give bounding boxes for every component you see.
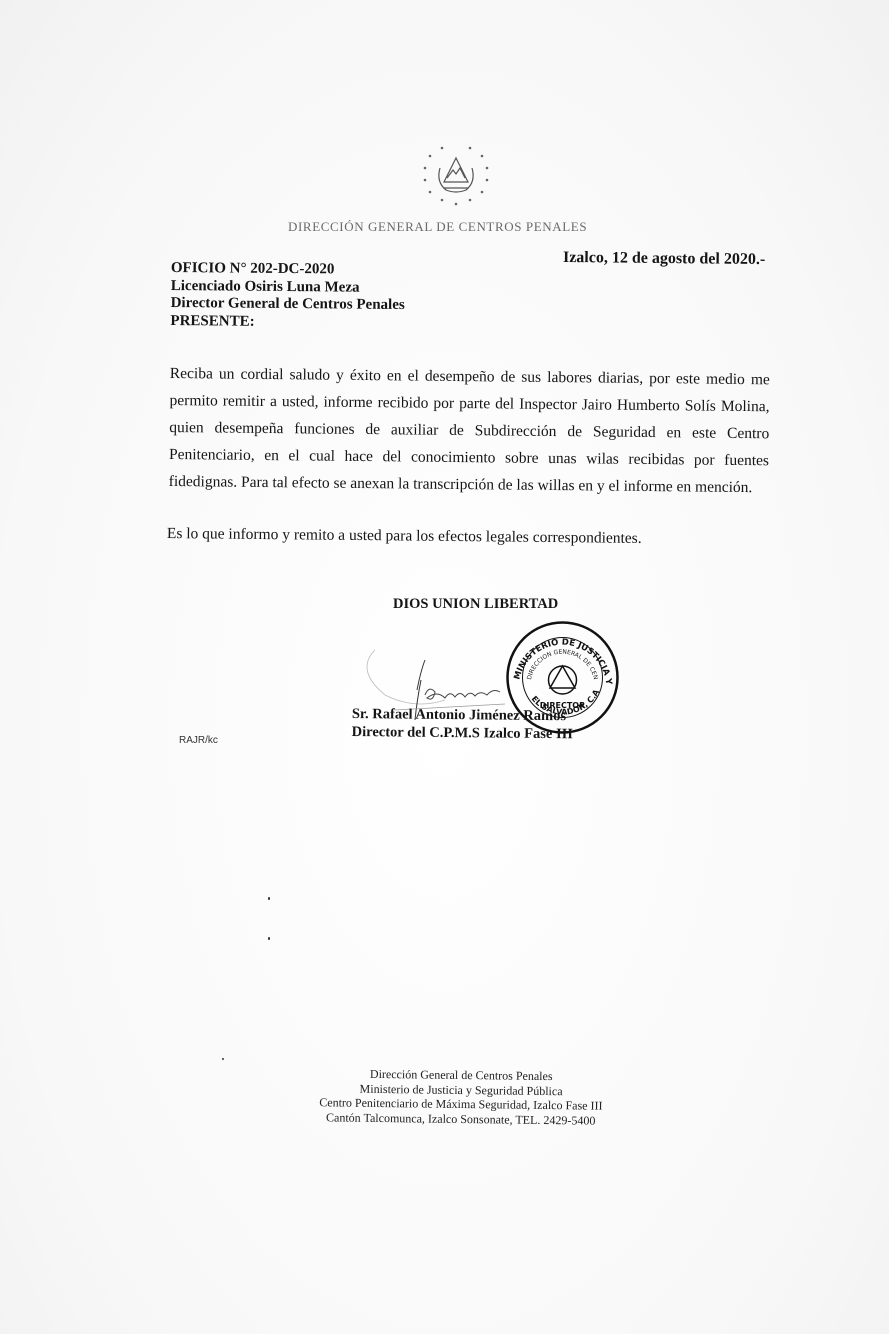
addressee-title: Director General de Centros Penales xyxy=(171,295,405,315)
body-paragraph: Reciba un cordial saludo y éxito en el d… xyxy=(169,360,770,501)
coat-of-arms-icon xyxy=(420,142,492,210)
addressee-name: Licenciado Osiris Luna Meza xyxy=(171,277,405,297)
agency-letterhead: DIRECCIÓN GENERAL DE CENTROS PENALES xyxy=(288,219,587,235)
addressee-block: OFICIO N° 202-DC-2020 Licenciado Osiris … xyxy=(170,260,405,332)
salutation: PRESENTE: xyxy=(170,312,404,332)
document-page: DIRECCIÓN GENERAL DE CENTROS PENALES Iza… xyxy=(0,0,889,1334)
signer-title: Director del C.P.M.S Izalco Fase III xyxy=(352,723,573,743)
signer-name: Sr. Rafael Antonio Jiménez Ramos xyxy=(352,705,573,725)
scan-speck xyxy=(222,1058,224,1060)
national-motto: DIOS UNION LIBERTAD xyxy=(393,596,558,613)
typist-initials: RAJR/kc xyxy=(179,735,218,746)
letter-body: Reciba un cordial saludo y éxito en el d… xyxy=(169,360,770,501)
signer-block: Sr. Rafael Antonio Jiménez Ramos Directo… xyxy=(352,705,574,743)
scan-speck xyxy=(268,897,270,900)
date-line: Izalco, 12 de agosto del 2020.- xyxy=(563,249,765,269)
reference-number: OFICIO N° 202-DC-2020 xyxy=(171,260,405,280)
closing-line: Es lo que informo y remito a usted para … xyxy=(167,525,642,548)
scan-speck xyxy=(268,937,270,940)
letter-footer: Dirección General de Centros Penales Min… xyxy=(296,1066,627,1128)
